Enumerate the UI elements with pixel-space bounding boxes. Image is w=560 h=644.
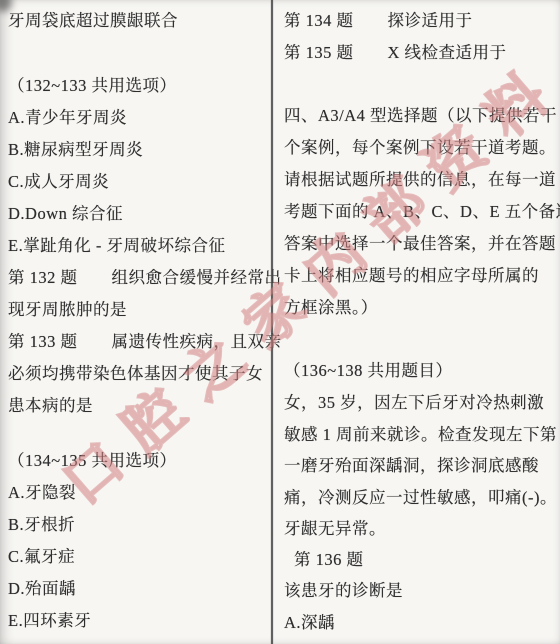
case-description-line-5: 牙龈无异常。	[284, 515, 386, 539]
section-a3a4-intro-line-1: 四、A3/A4 型选择题（以下提供若干	[284, 102, 557, 126]
question-132-stem-cont: 现牙周脓肿的是	[8, 296, 127, 320]
section-a3a4-intro-line-7: 方框涂黑。）	[284, 294, 378, 318]
question-136-stem: 该患牙的诊断是	[284, 577, 403, 601]
question-132-stem: 第 132 题 组织愈合缓慢并经常出	[8, 264, 282, 288]
case-description-line-2: 敏感 1 周前来就诊。检查发现左下第	[284, 421, 557, 445]
exam-page: 牙周袋底超过膜龈联合 （132~133 共用选项） A.青少年牙周炎 B.糖尿病…	[0, 0, 560, 644]
question-133-stem: 第 133 题 属遗传性疾病，且双亲	[8, 328, 282, 352]
question-133-stem-cont-1: 必须均携带染色体基因才使其子女	[8, 360, 263, 384]
option-132-b: B.糖尿病型牙周炎	[8, 136, 143, 160]
shared-options-header-132-133: （132~133 共用选项）	[8, 72, 177, 96]
shared-options-header-134-135: （134~135 共用选项）	[8, 447, 177, 471]
option-134-b: B.牙根折	[8, 511, 75, 535]
case-description-line-3: 一磨牙殆面深龋洞，探诊洞底感酸	[284, 452, 539, 476]
option-132-a: A.青少年牙周炎	[8, 104, 127, 128]
question-136-label: 第 136 题	[294, 546, 364, 570]
option-132-e: E.掌趾角化 - 牙周破坏综合征	[8, 232, 225, 256]
option-132-c: C.成人牙周炎	[8, 168, 109, 192]
option-134-e: E.四环素牙	[8, 607, 91, 631]
case-description-line-1: 女，35 岁，因左下后牙对冷热刺激	[284, 389, 544, 413]
option-134-d: D.殆面龋	[8, 575, 76, 599]
question-133-stem-cont-2: 患本病的是	[8, 392, 93, 416]
section-a3a4-intro-line-2: 个案例，每个案例下设若干道考题。	[284, 134, 556, 158]
option-136-a: A.深龋	[284, 609, 335, 633]
section-a3a4-intro-line-3: 请根据试题所提供的信息，在每一道	[284, 166, 556, 190]
option-134-a: A.牙隐裂	[8, 479, 76, 503]
stem-continuation-line: 牙周袋底超过膜龈联合	[8, 7, 178, 31]
case-description-line-4: 痛，冷测反应一过性敏感，叩痛(-)。	[284, 484, 557, 508]
shared-case-header-136-138: （136~138 共用题目）	[284, 357, 453, 381]
section-a3a4-intro-line-6: 卡上将相应题号的相应字母所属的	[284, 262, 539, 286]
section-a3a4-intro-line-5: 答案中选择一个最佳答案，并在答题	[284, 230, 556, 254]
option-134-c: C.氟牙症	[8, 543, 75, 567]
question-135-stem: 第 135 题 X 线检查适用于	[284, 39, 507, 63]
column-divider	[271, 0, 273, 644]
section-a3a4-intro-line-4: 考题下面的 A、B、C、D、E 五个备选	[284, 198, 560, 222]
question-134-stem: 第 134 题 探诊适用于	[284, 7, 473, 31]
option-132-d: D.Down 综合征	[8, 200, 123, 224]
